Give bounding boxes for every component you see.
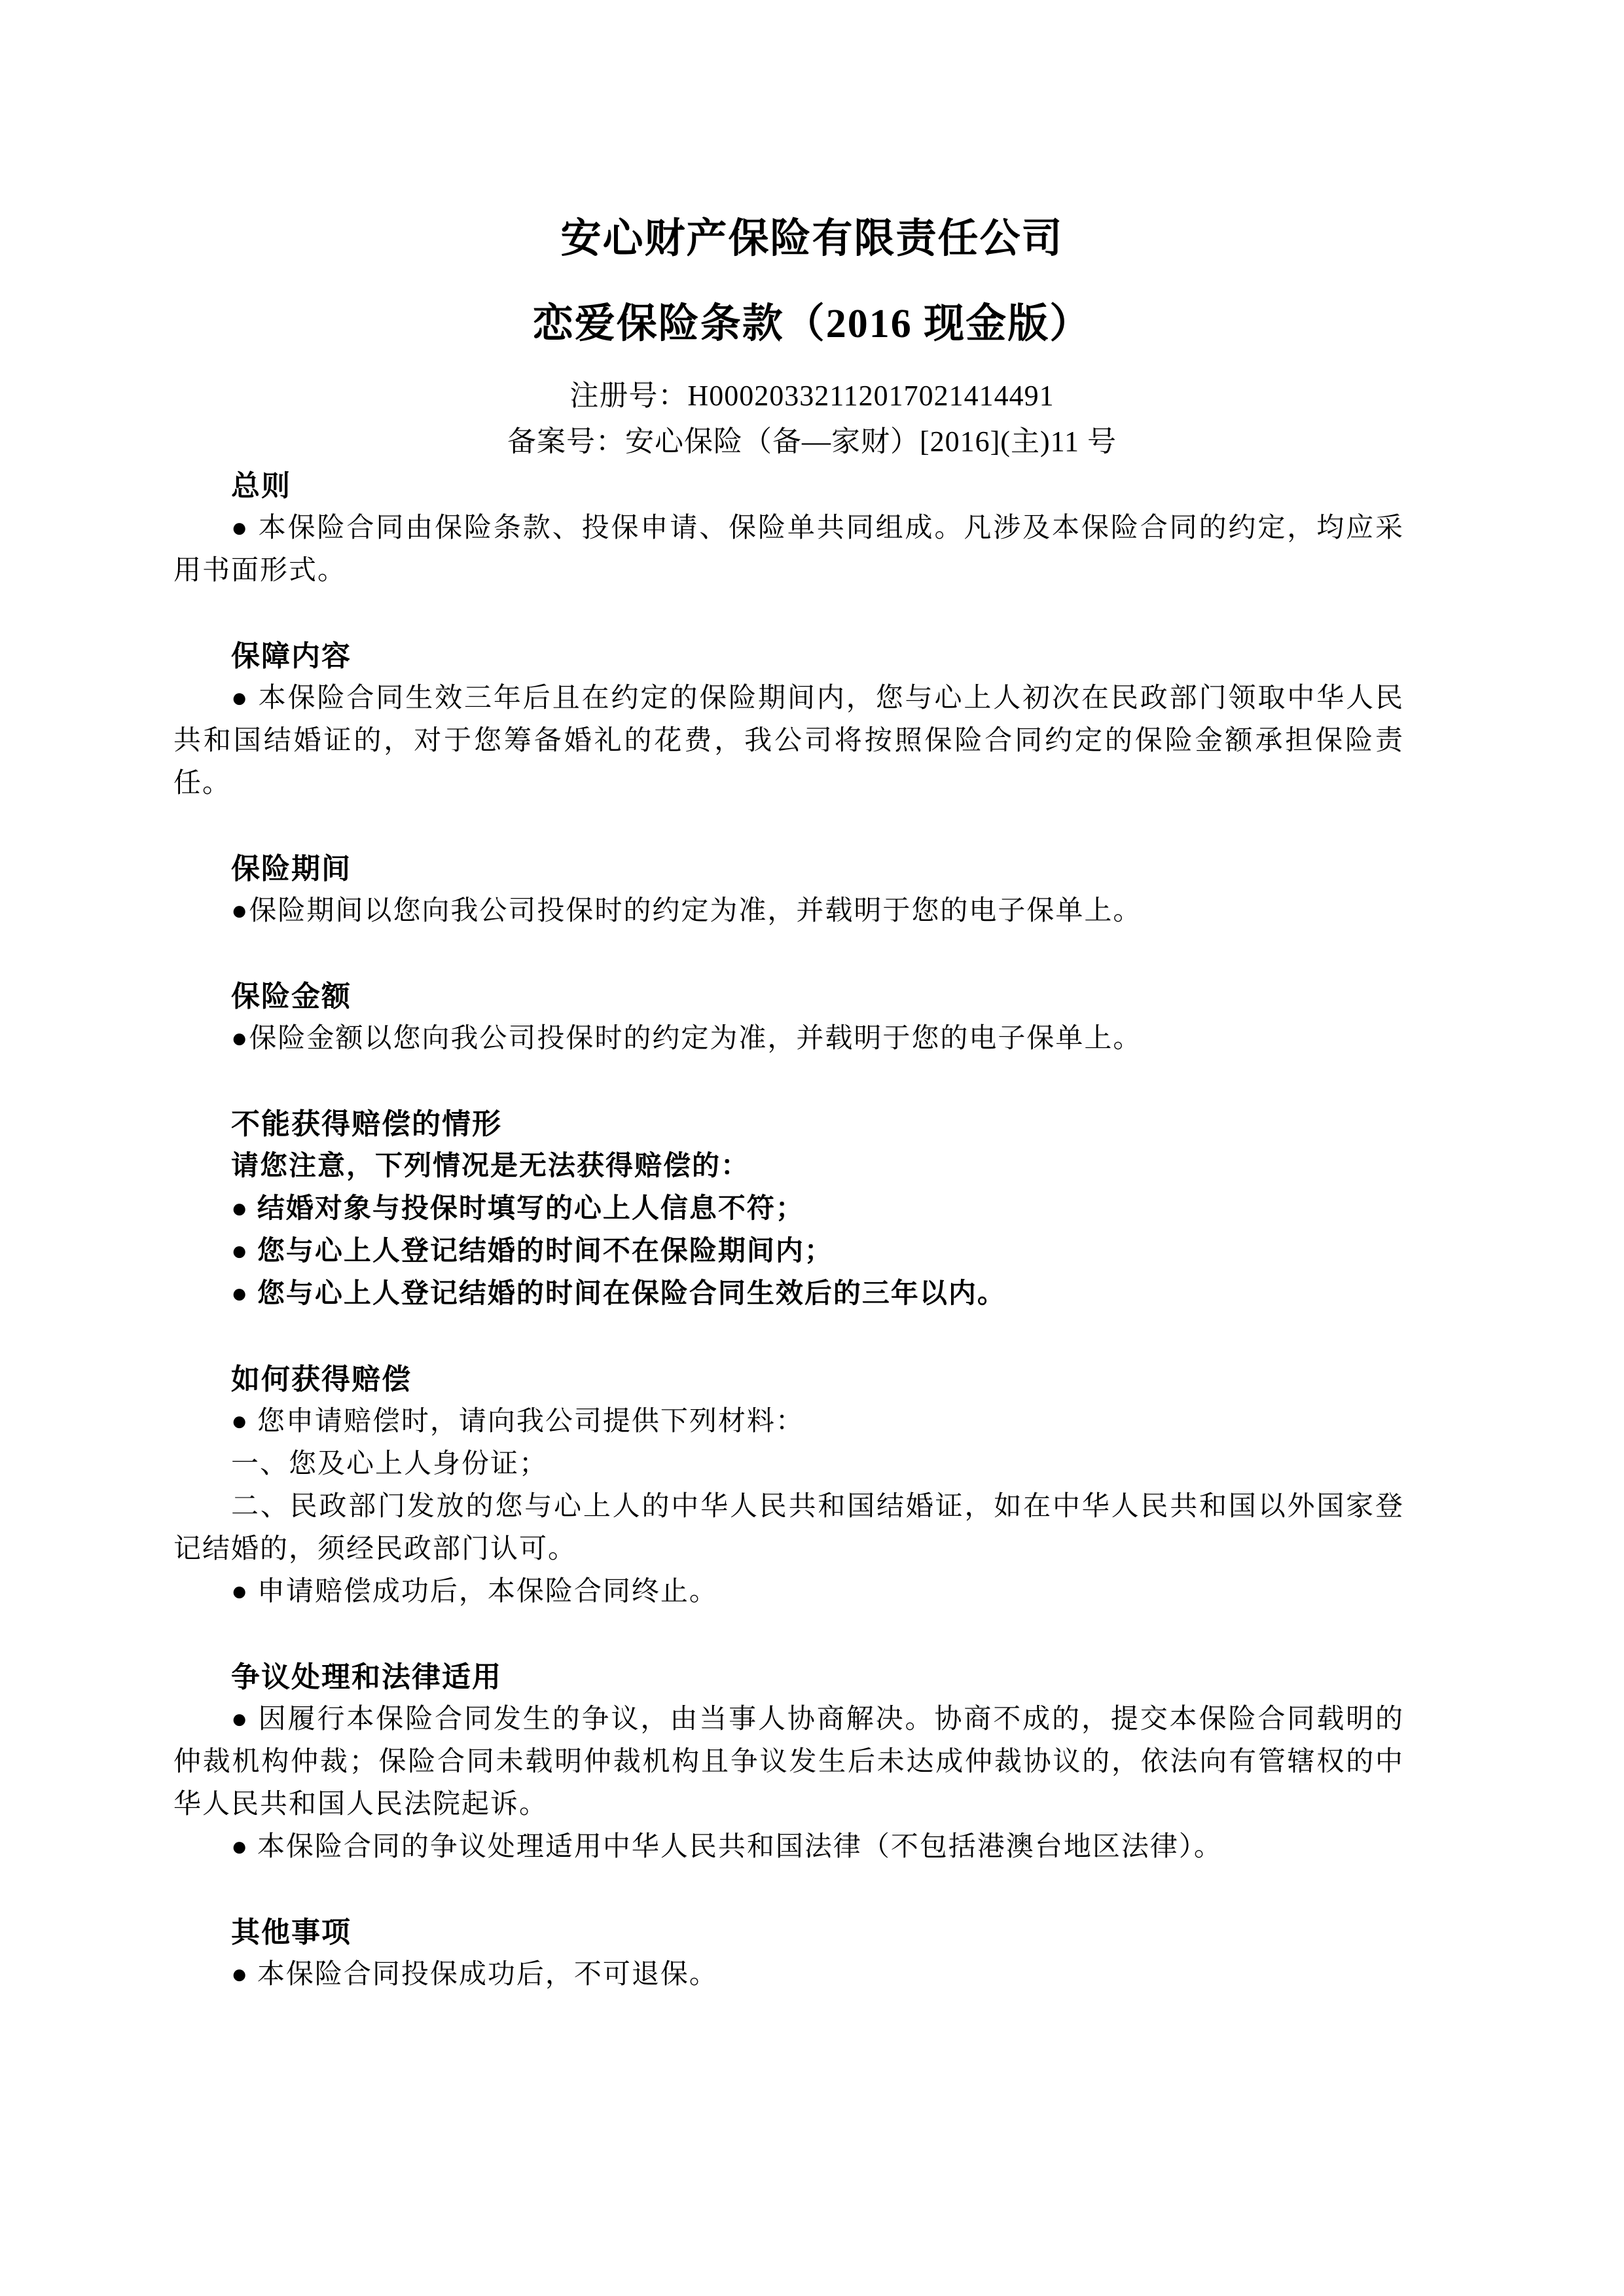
section-heading-how-to-claim: 如何获得赔偿 <box>173 1358 1404 1401</box>
paragraph-how-to-claim: 二、民政部门发放的您与心上人的中华人民共和国结婚证，如在中华人民共和国以外国家登… <box>173 1486 1404 1571</box>
section-heading-dispute-resolution: 争议处理和法律适用 <box>173 1656 1404 1698</box>
paragraph-other-matters: ● 本保险合同投保成功后，不可退保。 <box>173 1954 1404 1996</box>
document-page: 安心财产保险有限责任公司 恋爱保险条款（2016 现金版） 注册号：H00020… <box>0 0 1624 2296</box>
filing-number-label: 备案号： <box>507 425 625 457</box>
paragraph-exclusions: ● 您与心上人登记结婚的时间在保险合同生效后的三年以内。 <box>173 1273 1404 1316</box>
section-heading-insured-amount: 保险金额 <box>173 975 1404 1018</box>
paragraph-how-to-claim: 一、您及心上人身份证； <box>173 1443 1404 1486</box>
document-body: 总则● 本保险合同由保险条款、投保申请、保险单共同组成。凡涉及本保险合同的约定，… <box>173 465 1404 1996</box>
section-heading-exclusions: 不能获得赔偿的情形 <box>173 1103 1404 1145</box>
paragraph-exclusions: ● 您与心上人登记结婚的时间不在保险期间内； <box>173 1230 1404 1273</box>
paragraph-exclusions: ● 结婚对象与投保时填写的心上人信息不符； <box>173 1188 1404 1230</box>
section-heading-general-provisions: 总则 <box>173 465 1404 507</box>
registration-number-value: H00020332112017021414491 <box>687 380 1054 412</box>
paragraph-dispute-resolution: ● 因履行本保险合同发生的争议，由当事人协商解决。协商不成的，提交本保险合同载明… <box>173 1698 1404 1826</box>
section-heading-other-matters: 其他事项 <box>173 1911 1404 1954</box>
registration-number-label: 注册号： <box>569 380 687 412</box>
filing-number-line: 备案号：安心保险（备—家财）[2016](主)11 号 <box>0 419 1624 465</box>
paragraph-coverage: ● 本保险合同生效三年后且在约定的保险期间内，您与心上人初次在民政部门领取中华人… <box>173 677 1404 805</box>
title-block: 安心财产保险有限责任公司 恋爱保险条款（2016 现金版） 注册号：H00020… <box>0 0 1624 465</box>
section-heading-coverage: 保障内容 <box>173 635 1404 677</box>
paragraph-general-provisions: ● 本保险合同由保险条款、投保申请、保险单共同组成。凡涉及本保险合同的约定，均应… <box>173 507 1404 592</box>
document-subtitle: 恋爱保险条款（2016 现金版） <box>0 301 1624 347</box>
filing-number-value: 安心保险（备—家财）[2016](主)11 号 <box>625 425 1117 457</box>
paragraph-insurance-period: ●保险期间以您向我公司投保时的约定为准，并载明于您的电子保单上。 <box>173 890 1404 933</box>
paragraph-insured-amount: ●保险金额以您向我公司投保时的约定为准，并载明于您的电子保单上。 <box>173 1018 1404 1060</box>
paragraph-dispute-resolution: ● 本保险合同的争议处理适用中华人民共和国法律（不包括港澳台地区法律）。 <box>173 1826 1404 1869</box>
section-heading-insurance-period: 保险期间 <box>173 848 1404 890</box>
paragraph-exclusions: 请您注意，下列情况是无法获得赔偿的： <box>173 1145 1404 1188</box>
paragraph-how-to-claim: ● 您申请赔偿时，请向我公司提供下列材料： <box>173 1401 1404 1443</box>
company-title: 安心财产保险有限责任公司 <box>0 216 1624 262</box>
registration-number-line: 注册号：H00020332112017021414491 <box>0 373 1624 419</box>
paragraph-how-to-claim: ● 申请赔偿成功后，本保险合同终止。 <box>173 1571 1404 1613</box>
